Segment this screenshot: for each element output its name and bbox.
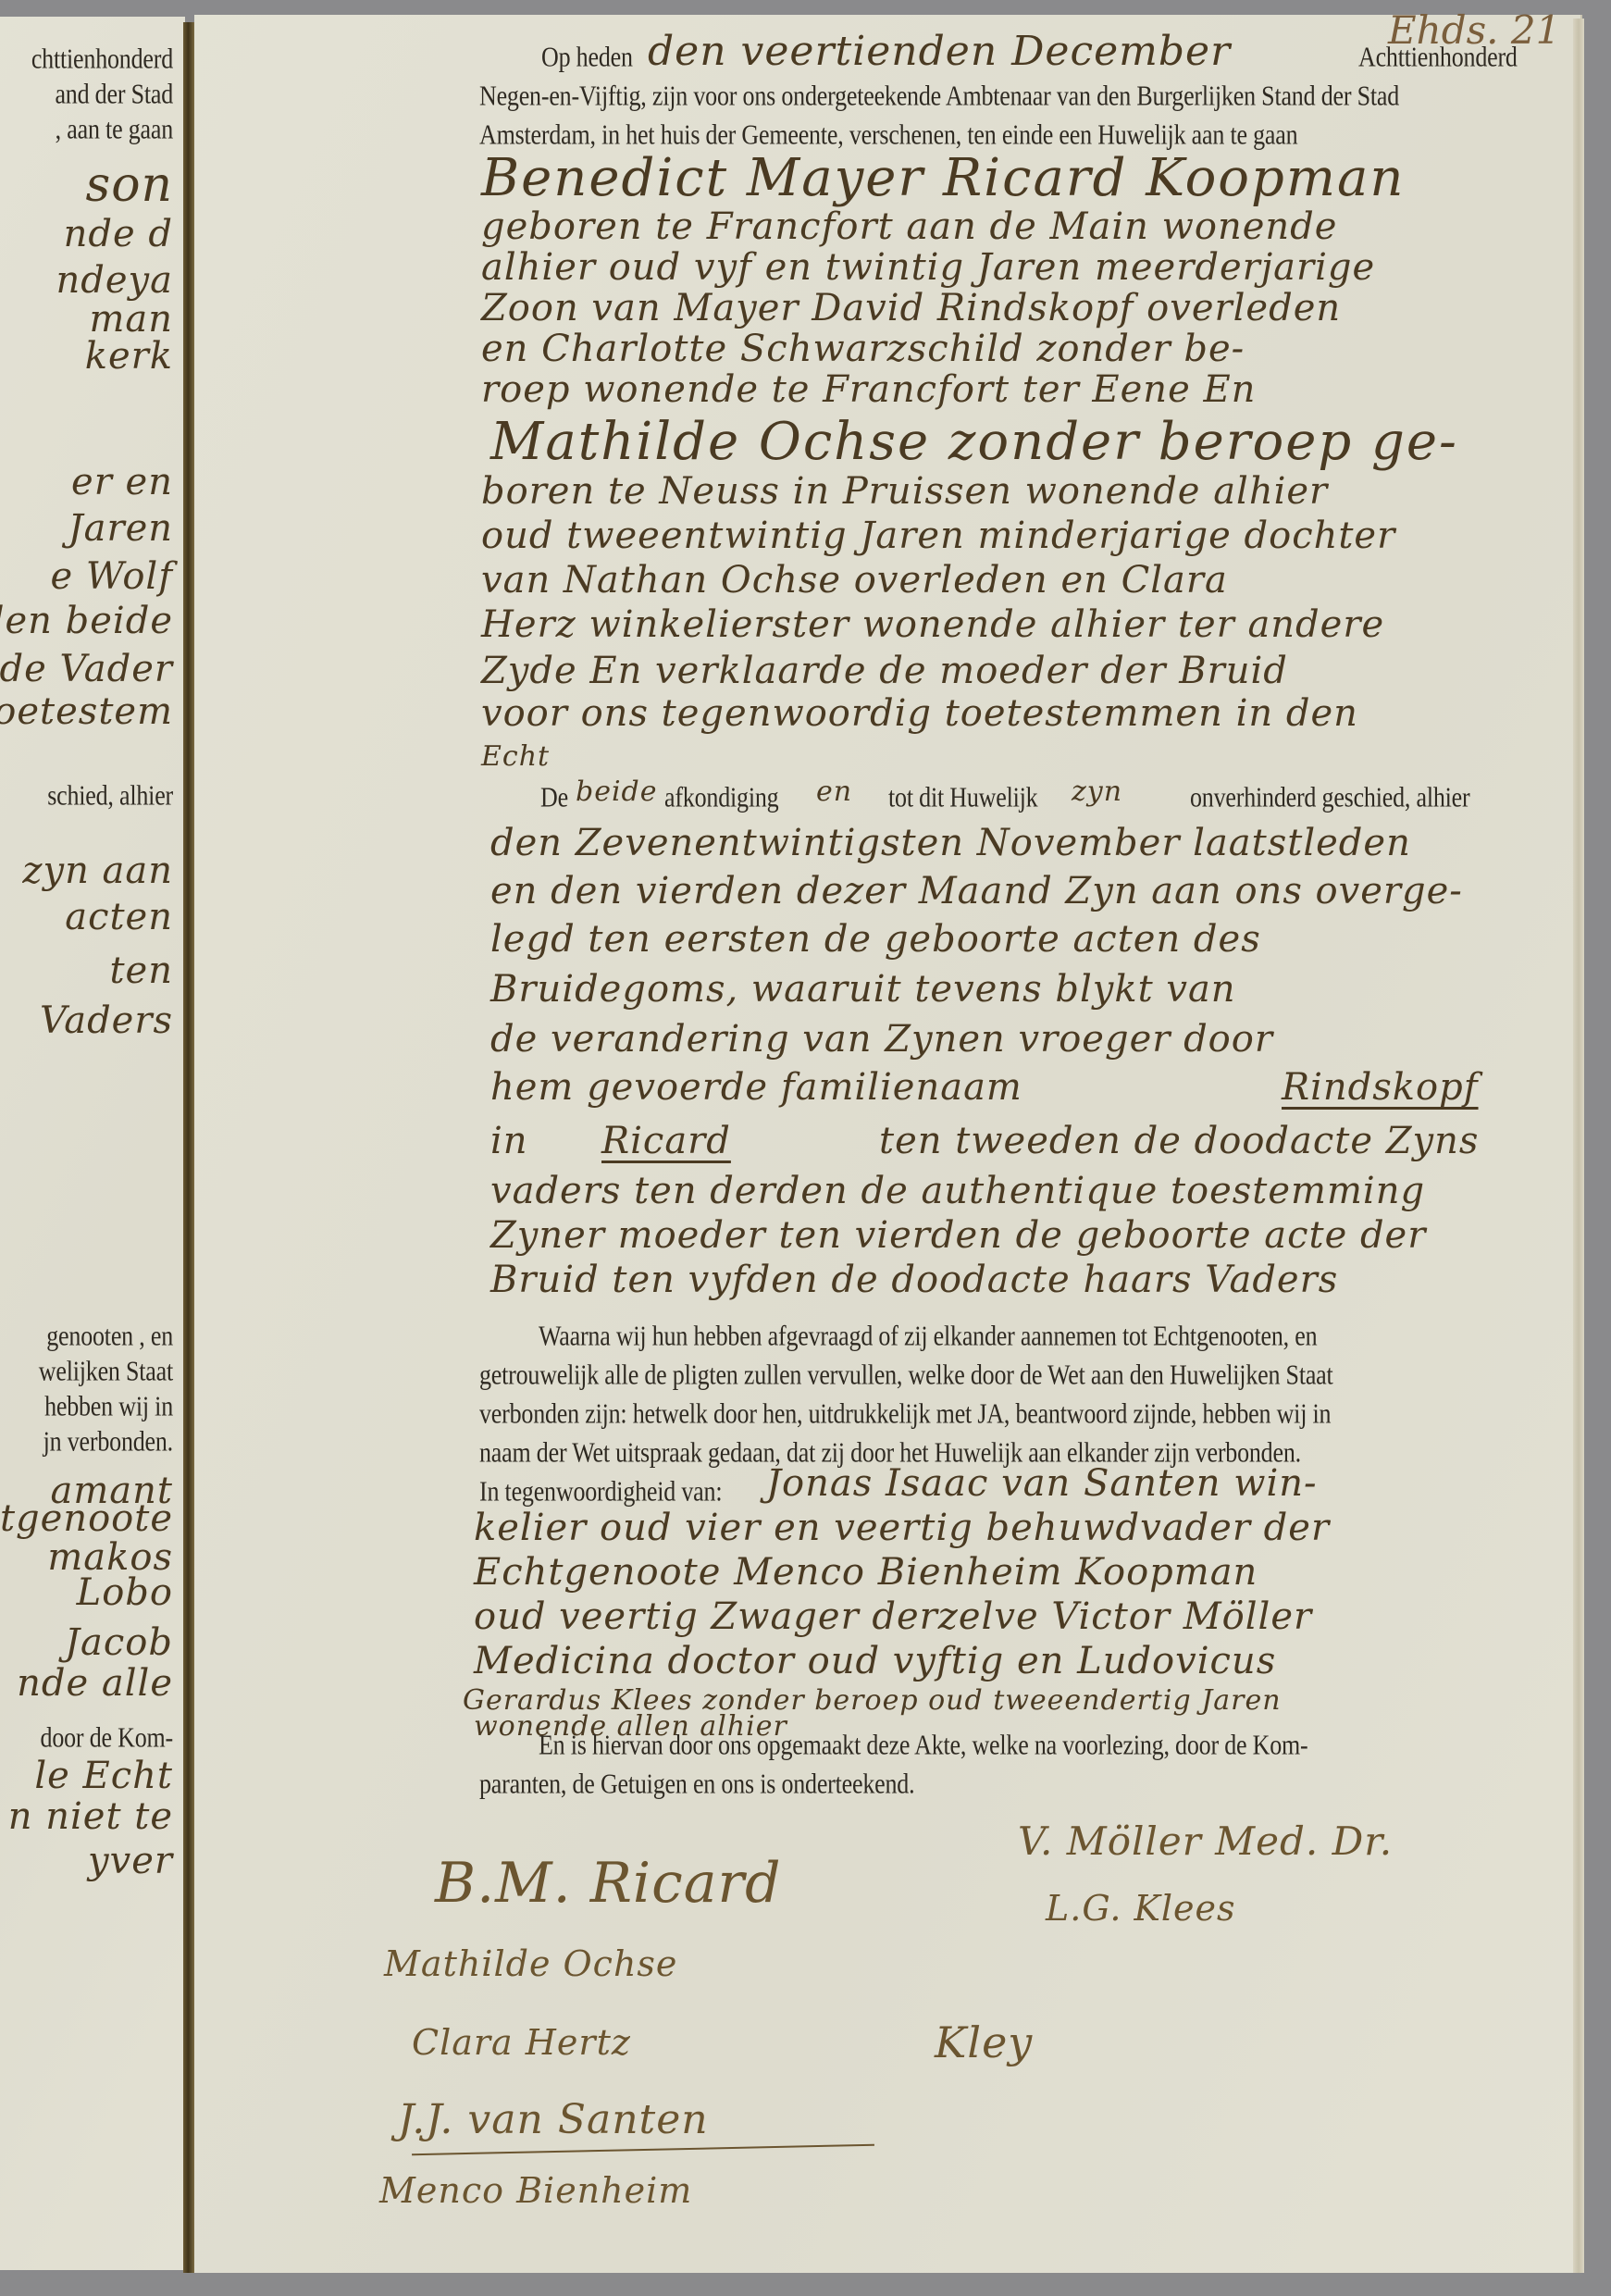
witness-line: Echtgenoote Menco Bienheim Koopman xyxy=(474,1551,1258,1594)
left-printed-line: schied, alhier xyxy=(47,780,173,813)
page-stack-edge xyxy=(1573,19,1584,2273)
left-printed-line: , aan te gaan xyxy=(56,114,173,146)
left-hand-fragment: Vaders xyxy=(40,999,173,1042)
left-hand-fragment: e Wolf xyxy=(51,555,173,598)
left-hand-fragment: kerk xyxy=(85,335,173,378)
left-printed-line: and der Stad xyxy=(55,79,173,111)
left-hand-fragment: Lobo xyxy=(77,1571,173,1614)
closing-printed-line: En is hiervan door ons opgemaakt deze Ak… xyxy=(539,1730,1308,1762)
signature-bride-mother: Clara Hertz xyxy=(412,2022,631,2063)
hand-date: den veertienden December xyxy=(648,28,1231,75)
proclamation-hand: en xyxy=(816,776,852,808)
documents-line: de verandering van Zynen vroeger door xyxy=(490,1018,1273,1061)
documents-line: Bruid ten vyfden de doodacte haars Vader… xyxy=(490,1259,1338,1301)
left-hand-fragment: le Echt xyxy=(34,1755,173,1797)
new-surname-underlined: Ricard xyxy=(601,1120,731,1162)
consent-printed-line: getrouwelijk alle de pligten zullen verv… xyxy=(479,1359,1333,1392)
bride-line: Echt xyxy=(481,740,550,773)
left-printed-line: chttienhonderd xyxy=(31,43,173,76)
documents-line: in xyxy=(490,1120,528,1162)
witness-line: Medicina doctor oud vyftig en Ludovicus xyxy=(474,1640,1276,1682)
documents-line: en den vierden dezer Maand Zyn aan ons o… xyxy=(490,870,1463,912)
proclamation-hand: zyn xyxy=(1072,776,1122,808)
bride-line: oud tweeentwintig Jaren minderjarige doc… xyxy=(481,515,1395,557)
old-surname-underlined: Rindskopf xyxy=(1282,1066,1479,1109)
left-hand-fragment: yver xyxy=(88,1840,173,1882)
bride-line: Herz winkelierster wonende alhier ter an… xyxy=(481,603,1384,646)
bride-line: boren te Neuss in Pruissen wonende alhie… xyxy=(481,470,1328,513)
left-hand-fragment: n niet te xyxy=(8,1795,173,1838)
groom-line: alhier oud vyf en twintig Jaren meerderj… xyxy=(481,246,1375,289)
proclamation-printed: De xyxy=(540,782,568,814)
signature-official: Kley xyxy=(935,2017,1033,2067)
left-hand-fragment: den beide xyxy=(0,600,173,642)
signature-groom: B.M. Ricard xyxy=(435,1851,782,1916)
bride-line: voor ons tegenwoordig toetestemmen in de… xyxy=(481,692,1358,735)
groom-line: Benedict Mayer Ricard Koopman xyxy=(481,148,1405,208)
witness-line: oud veertig Zwager derzelve Victor Mölle… xyxy=(474,1595,1312,1638)
left-hand-fragment: son xyxy=(86,157,173,213)
closing-printed-line: paranten, de Getuigen en ons is ondertee… xyxy=(479,1769,914,1801)
proclamation-printed: onverhinderd geschied, alhier xyxy=(1190,782,1469,814)
intro-printed: Negen-en-Vijftig, zijn voor ons onderget… xyxy=(479,81,1399,113)
documents-line: Zyner moeder ten vierden de geboorte act… xyxy=(490,1214,1426,1257)
left-hand-fragment: de Vader xyxy=(0,648,173,690)
left-page-text: chttienhonderd and der Stad , aan te gaa… xyxy=(0,0,180,2296)
signature-witness-van-santen: J.J. van Santen xyxy=(398,2096,709,2143)
left-hand-fragment: acten xyxy=(65,896,173,938)
documents-line: Bruidegoms, waaruit tevens blykt van xyxy=(490,968,1236,1011)
signature-bride: Mathilde Ochse xyxy=(384,1943,677,1984)
left-printed-line: hebben wij in xyxy=(44,1391,173,1423)
documents-line: hem gevoerde familienaam xyxy=(490,1066,1022,1109)
signature-witness-moller: V. Möller Med. Dr. xyxy=(1018,1818,1393,1864)
left-hand-fragment: nde alle xyxy=(17,1662,173,1705)
witness-line: Jonas Isaac van Santen win- xyxy=(766,1462,1318,1505)
proclamation-hand: beide xyxy=(576,776,658,808)
left-hand-fragment: Jacob xyxy=(65,1621,173,1664)
groom-line: en Charlotte Schwarzschild zonder be- xyxy=(481,328,1245,370)
bride-line: van Nathan Ochse overleden en Clara xyxy=(481,559,1228,602)
left-hand-fragment: ten xyxy=(109,949,173,992)
intro-printed: Achttienhonderd xyxy=(1358,42,1518,74)
intro-printed: Amsterdam, in het huis der Gemeente, ver… xyxy=(479,119,1297,152)
intro-printed: Op heden xyxy=(541,42,633,74)
documents-line: legd ten eersten de geboorte acten des xyxy=(490,918,1261,961)
left-printed-line: door de Kom- xyxy=(41,1722,173,1755)
consent-printed-line: verbonden zijn: hetwelk door hen, uitdru… xyxy=(479,1398,1331,1431)
witnesses-label: In tegenwoordigheid van: xyxy=(479,1476,722,1508)
signature-witness-klees: L.G. Klees xyxy=(1046,1888,1236,1929)
left-hand-fragment: er en xyxy=(71,461,173,503)
left-hand-fragment: ndeya xyxy=(56,259,173,302)
bride-line: Mathilde Ochse zonder beroep ge- xyxy=(490,412,1458,472)
witness-line: kelier oud vier en veertig behuwdvader d… xyxy=(474,1507,1330,1549)
proclamation-printed: afkondiging xyxy=(664,782,778,814)
left-printed-line: jn verbonden. xyxy=(43,1426,173,1458)
documents-line: vaders ten derden de authentique toestem… xyxy=(490,1170,1425,1212)
documents-line: den Zevenentwintigsten November laatstle… xyxy=(490,822,1411,864)
groom-line: roep wonende te Francfort ter Eene En xyxy=(481,368,1256,411)
left-hand-fragment: toetestem xyxy=(0,690,173,733)
consent-printed-line: Waarna wij hun hebben afgevraagd of zij … xyxy=(539,1321,1317,1353)
left-hand-fragment: nde d xyxy=(64,213,173,255)
groom-line: Zoon van Mayer David Rindskopf overleden xyxy=(481,287,1341,329)
signature-witness-bienheim: Menco Bienheim xyxy=(379,2170,692,2211)
left-hand-fragment: zyn aan xyxy=(22,850,173,892)
left-hand-fragment: htgenoote xyxy=(0,1497,173,1540)
book-gutter xyxy=(183,22,194,2273)
bride-line: Zyde En verklaarde de moeder der Bruid xyxy=(481,650,1288,692)
left-hand-fragment: Jaren xyxy=(68,507,173,550)
left-printed-line: genooten , en xyxy=(46,1321,173,1353)
proclamation-printed: tot dit Huwelijk xyxy=(888,782,1037,814)
documents-line: ten tweeden de doodacte Zyns xyxy=(879,1120,1479,1162)
groom-line: geboren te Francfort aan de Main wonende xyxy=(481,205,1337,248)
left-printed-line: welijken Staat xyxy=(39,1356,173,1388)
